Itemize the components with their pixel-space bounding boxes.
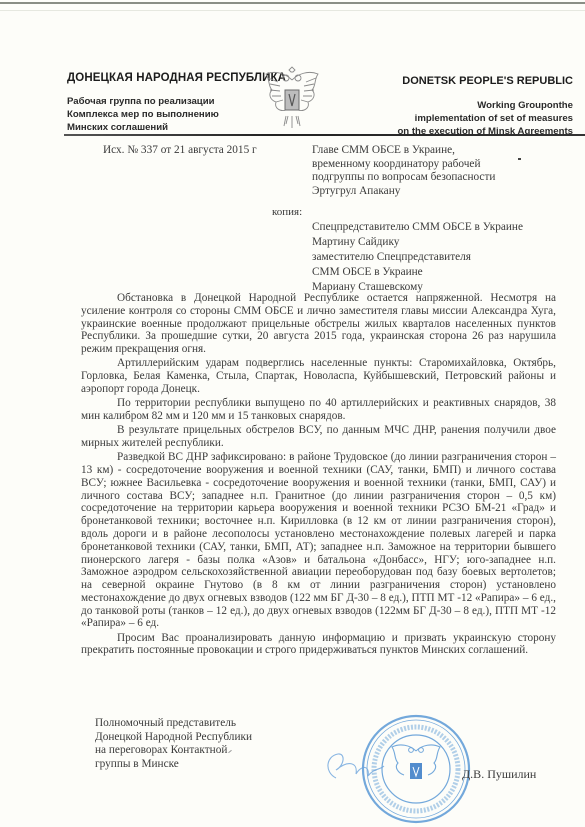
body-paragraph: По территории республики выпущено по 40 … <box>81 397 556 423</box>
addressee-line: временному координатору рабочей <box>312 158 495 172</box>
organization-name-ru: ДОНЕЦКАЯ НАРОДНАЯ РЕСПУБЛИКА <box>67 72 267 84</box>
scan-top-edge <box>0 2 585 4</box>
signatory-title: Полномочный представитель Донецкой Народ… <box>95 717 252 771</box>
organization-name-en: DONETSK PEOPLE'S REPUBLIC <box>313 75 573 87</box>
body-paragraph: Артиллерийским ударам подверглись населе… <box>81 357 556 395</box>
copy-recipients: Спецпредставителю СММ ОБСЕ в Украине Мар… <box>312 220 523 295</box>
scan-top-edge-shadow <box>0 10 585 11</box>
outgoing-reference: Исх. № 337 от 21 августа 2015 г <box>103 144 257 156</box>
subtitle-line: Working Grouponthe <box>313 99 573 112</box>
addressee-line: Эртугрул Апакану <box>312 185 495 199</box>
addressee-line: Главе СММ ОБСЕ в Украине, <box>312 144 495 158</box>
copy-line: Спецпредставителю СММ ОБСЕ в Украине <box>312 220 523 235</box>
subtitle-line: on the execution of Minsk Agreements <box>313 125 573 138</box>
addressee-line: подгруппы по вопросам безопасности <box>312 171 495 185</box>
body-paragraph: Разведкой ВС ДНР зафиксировано: в районе… <box>81 451 556 630</box>
body-paragraph: Обстановка в Донецкой Народной Республик… <box>81 292 556 356</box>
body-paragraph: Просим Вас проанализировать данную инфор… <box>81 632 556 658</box>
letterhead-right: DONETSK PEOPLE'S REPUBLIC Working Groupo… <box>313 75 573 138</box>
copy-label: копия: <box>272 206 302 218</box>
copy-line: заместителю Спецпредставителя <box>312 250 523 265</box>
signatory-title-line: Полномочный представитель <box>95 717 252 731</box>
signatory-title-line: Донецкой Народной Республики <box>95 731 252 745</box>
signatory-title-line: группы в Минске <box>95 758 252 772</box>
letterhead-left: ДОНЕЦКАЯ НАРОДНАЯ РЕСПУБЛИКА Рабочая гру… <box>67 72 267 134</box>
letterhead-divider <box>64 134 585 136</box>
signatory-name: Д.В. Пушилин <box>462 767 536 782</box>
subtitle-line: implementation of set of measures <box>313 112 573 125</box>
subtitle-line: Комплекса мер по выполнению <box>67 108 267 121</box>
body-paragraph: В результате прицельных обстрелов ВСУ, п… <box>81 424 556 450</box>
copy-line: СММ ОБСЕ в Украине <box>312 265 523 280</box>
addressee-block: Главе СММ ОБСЕ в Украине, временному коо… <box>312 144 495 198</box>
subtitle-line: Рабочая группа по реализации <box>67 95 267 108</box>
copy-line: Мартину Сайдику <box>312 235 523 250</box>
handwritten-signature <box>318 748 388 788</box>
subtitle-line: Минских соглашений <box>67 121 267 134</box>
scan-mark <box>518 158 521 160</box>
letter-body: Обстановка в Донецкой Народной Республик… <box>81 292 556 659</box>
